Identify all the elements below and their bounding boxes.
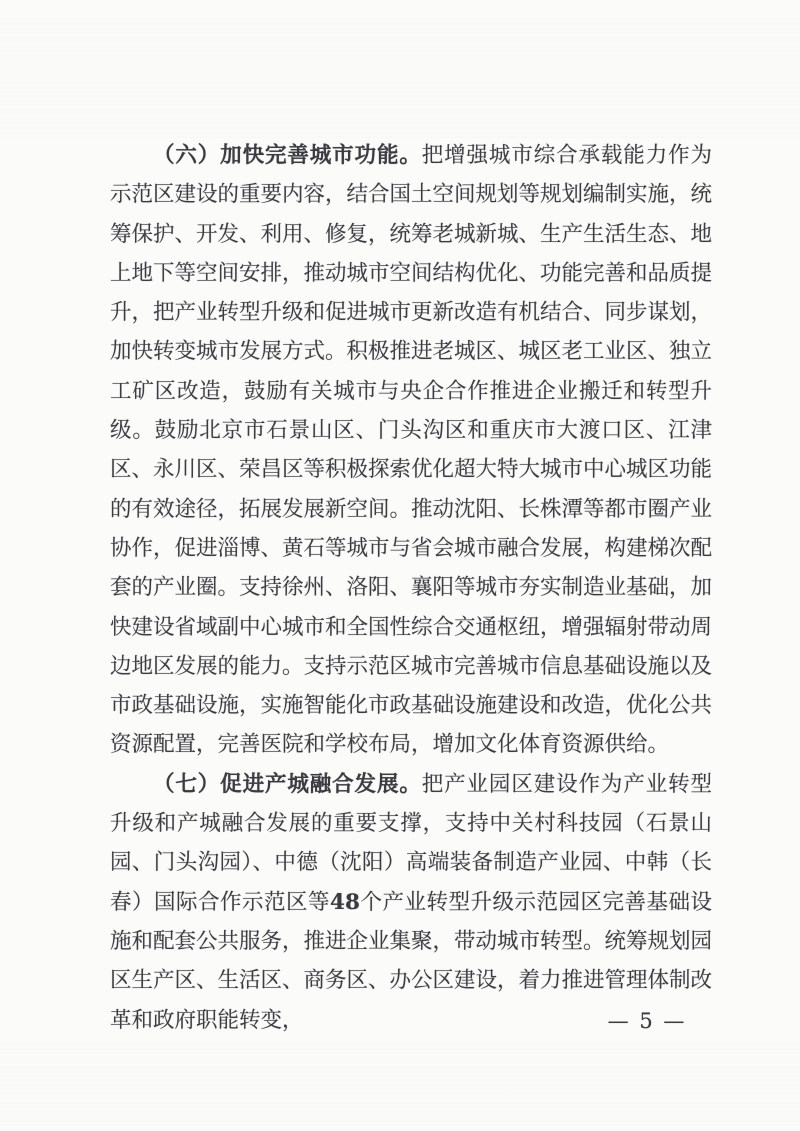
scan-noise-bottom <box>0 1041 800 1131</box>
document-page: （六）加快完善城市功能。把增强城市综合承载能力作为示范区建设的重要内容，结合国土… <box>0 0 800 1131</box>
scan-noise-top <box>0 18 800 138</box>
paragraph-section-6-body: 把增强城市综合承载能力作为示范区建设的重要内容，结合国土空间规划等规划编制实施，… <box>110 143 712 757</box>
paragraph-section-6: （六）加快完善城市功能。把增强城市综合承载能力作为示范区建设的重要内容，结合国土… <box>110 136 712 765</box>
paragraph-section-6-heading: （六）加快完善城市功能。 <box>153 143 422 168</box>
document-body: （六）加快完善城市功能。把增强城市综合承载能力作为示范区建设的重要内容，结合国土… <box>110 136 712 1040</box>
paragraph-section-7-count: 48 <box>330 890 360 915</box>
paragraph-section-7: （七）促进产城融合发展。把产业园区建设作为产业转型升级和产城融合发展的重要支撑，… <box>110 765 712 1040</box>
page-number: — 5 — <box>567 1002 727 1041</box>
paragraph-section-7-heading: （七）促进产城融合发展。 <box>153 772 422 797</box>
